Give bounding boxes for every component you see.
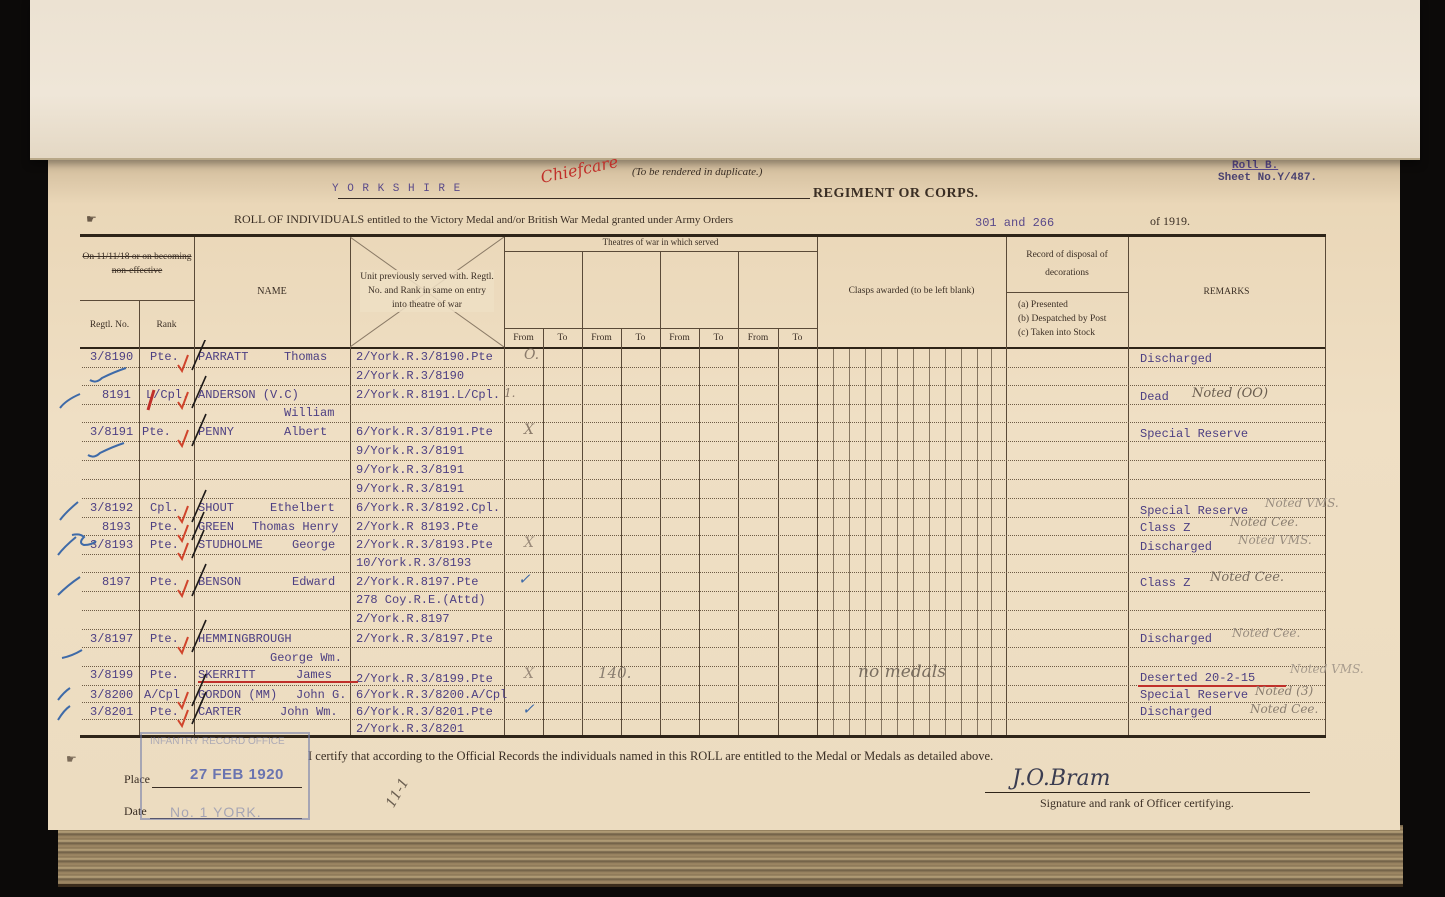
remarks-handwritten: Noted VMS.: [1265, 496, 1339, 510]
remarks: Discharged: [1140, 705, 1212, 719]
theatre-note: 140.: [598, 664, 631, 682]
clasps-note: no medals: [858, 662, 946, 682]
from-to-divider: [504, 328, 817, 329]
duplicate-note: (To be rendered in duplicate.): [632, 166, 762, 178]
unit-prev: 6/York.R.3/8191.Pte: [356, 425, 493, 439]
roll-title-text: entitled to the Victory Medal and/or Bri…: [367, 214, 733, 226]
theatre-mark: ✓: [522, 700, 535, 718]
col-divider-disposal: [1006, 237, 1007, 735]
status-header: On 11/11/18 or on becoming non-effective: [80, 250, 194, 278]
unit-prev: 2/York.R.8197: [356, 612, 450, 626]
theatre-mark: ✓: [518, 570, 531, 588]
theatres-header: Theatres of war in which served: [504, 235, 817, 249]
disposal-header-divider: [1006, 292, 1128, 293]
row-line: [82, 385, 1325, 386]
remarks: Class Z: [1140, 521, 1190, 535]
from-header-3: From: [660, 331, 699, 345]
remarks-handwritten: Noted VMS.: [1290, 662, 1364, 676]
officer-signature: J.O.Bram: [1012, 766, 1111, 791]
col-divider-t4: [660, 252, 661, 735]
to-header-3: To: [699, 331, 738, 345]
row-line: [82, 702, 1325, 703]
forename: Ethelbert: [270, 501, 335, 515]
clasp-line: [991, 349, 992, 735]
remarks: Special Reserve: [1140, 688, 1248, 702]
remarks-handwritten: Noted Cee.: [1210, 570, 1284, 585]
row-line: [82, 629, 1325, 630]
hand-pointer-icon: ☛: [86, 212, 97, 227]
row-line: [82, 591, 1325, 592]
remarks-handwritten: Noted Cee.: [1250, 702, 1318, 716]
row-line: [82, 422, 1325, 423]
rank-header: Rank: [139, 318, 194, 332]
unit-prev: 2/York.R.3/8190.Pte: [356, 350, 493, 364]
unit-prev: 9/York.R.3/8191: [356, 444, 464, 458]
unit-prev: 2/York.R.3/8201: [356, 722, 464, 736]
unit-prev: 10/York.R.3/8193: [356, 556, 471, 570]
red-tick-icon: [178, 355, 188, 726]
unit-prev: 2/York.R 8193.Pte: [356, 520, 478, 534]
clasp-line: [849, 349, 850, 735]
signature-line: [985, 792, 1310, 793]
book-page-edges: [58, 825, 1403, 887]
col-divider-t5: [699, 329, 700, 735]
row-line: [82, 498, 1325, 499]
unit-prev: 6/York.R.3/8200.A/Cpl: [356, 688, 507, 702]
remarks-handwritten: Noted (OO): [1192, 386, 1268, 401]
roll-title: ROLL OF INDIVIDUALS entitled to the Vict…: [234, 212, 733, 227]
row-line: [82, 441, 1325, 442]
forename: James: [296, 668, 332, 682]
col-divider-t2: [582, 252, 583, 735]
forename: Thomas: [284, 350, 327, 364]
unit-prev: 9/York.R.3/8191: [356, 463, 464, 477]
medal-roll-page: [48, 150, 1400, 830]
name-header: NAME: [194, 285, 350, 299]
col-divider-t7: [778, 329, 779, 735]
unit-prev: 2/York.R.3/8199.Pte: [356, 672, 493, 686]
forename: John Wm.: [280, 705, 338, 719]
clasp-line: [977, 349, 978, 735]
row-line: [82, 367, 1325, 368]
facing-page-blank: [30, 0, 1420, 160]
black-tick-icon: [192, 340, 206, 724]
col-divider-t6: [738, 252, 739, 735]
unit-prev: 6/York.R.3/8201.Pte: [356, 705, 493, 719]
unit-prev: 2/York.R.3/8190: [356, 369, 464, 383]
remarks: Discharged: [1140, 632, 1212, 646]
forename: Albert: [284, 425, 327, 439]
unit-prev: 2/York.R.3/8193.Pte: [356, 538, 493, 552]
to-header-4: To: [778, 331, 817, 345]
clasp-line: [833, 349, 834, 735]
disposal-option-a: (a) Presented: [1018, 298, 1128, 312]
row-line: [82, 666, 1325, 667]
clasp-line: [961, 349, 962, 735]
unit-prev-header: Unit previously served with. Regtl. No. …: [360, 270, 494, 312]
col-divider-clasps: [817, 237, 818, 735]
forename: Edward: [292, 575, 335, 589]
theatres-header-divider: [504, 251, 817, 252]
certify-text: I certify that according to the Official…: [308, 749, 993, 764]
army-orders: 301 and 266: [975, 216, 1054, 230]
from-header-4: From: [738, 331, 778, 345]
unit-prev: 278 Coy.R.E.(Attd): [356, 593, 486, 607]
row-line: [82, 404, 1325, 405]
col-divider-remarks: [1128, 237, 1129, 735]
remarks-handwritten: Noted (3): [1255, 684, 1313, 698]
regiment-name: Y O R K S H I R E: [332, 183, 461, 195]
theatre-mark: X: [524, 666, 534, 682]
unit-prev: 2/York.R.8191.L/Cpl.: [356, 388, 500, 402]
year-suffix: of 1919.: [1150, 214, 1190, 229]
remarks-header: REMARKS: [1128, 285, 1325, 299]
tick-marks-overlay: [50, 340, 230, 740]
theatre-mark: X: [524, 422, 534, 438]
unit-prev: 2/York.R.8197.Pte: [356, 575, 478, 589]
roll-title-prefix: ROLL OF INDIVIDUALS: [234, 212, 364, 226]
disposal-option-c: (c) Taken into Stock: [1018, 326, 1128, 340]
from-header-2: From: [582, 331, 621, 345]
remarks: Special Reserve: [1140, 427, 1248, 441]
unit-prev: 2/York.R.3/8197.Pte: [356, 632, 493, 646]
forename: William: [284, 406, 334, 420]
disposal-header: Record of disposal of decorations: [1010, 246, 1124, 282]
forename: Thomas Henry: [252, 520, 338, 534]
forename: George: [292, 538, 335, 552]
row-line: [82, 517, 1325, 518]
signature-caption: Signature and rank of Officer certifying…: [1040, 796, 1234, 811]
row-line: [82, 554, 1325, 555]
row-line: [82, 479, 1325, 480]
record-office-stamp: [140, 732, 310, 820]
unit-prev: 6/York.R.3/8192.Cpl.: [356, 501, 500, 515]
remarks-handwritten: Noted VMS.: [1238, 533, 1312, 547]
status-header-divider: [80, 300, 194, 301]
row-line: [82, 460, 1325, 461]
row-line: [82, 647, 1325, 648]
row-line: [82, 719, 1325, 720]
col-divider-right: [1325, 237, 1326, 735]
to-header-1: To: [543, 331, 582, 345]
row-line: [82, 535, 1325, 536]
unit-prev: 9/York.R.3/8191: [356, 482, 464, 496]
theatre-mark: 1.: [504, 386, 515, 400]
theatre-mark: X: [524, 535, 534, 551]
clasps-header: Clasps awarded (to be left blank): [817, 284, 1006, 298]
col-divider-t1: [543, 329, 544, 735]
remarks: Dead: [1140, 390, 1169, 404]
header-bottom-rule: [80, 347, 1326, 349]
remarks: Discharged: [1140, 352, 1212, 366]
regiment-underline: [338, 198, 810, 199]
row-line: [82, 572, 1325, 573]
regtl-no-header: Regtl. No.: [80, 318, 139, 332]
remarks: Deserted 20-2-15: [1140, 671, 1255, 685]
col-divider-unit: [504, 237, 505, 735]
to-header-2: To: [621, 331, 660, 345]
forename: John G.: [296, 688, 346, 702]
remarks: Discharged: [1140, 540, 1212, 554]
remarks: Class Z: [1140, 576, 1190, 590]
remarks-handwritten: Noted Cee.: [1232, 626, 1300, 640]
row-line: [82, 610, 1325, 611]
regiment-label: REGIMENT OR CORPS.: [813, 186, 978, 202]
blue-tick-icon: [58, 368, 126, 720]
roll-label: Roll B.: [1232, 160, 1278, 172]
remarks-handwritten: Noted Cee.: [1230, 515, 1298, 529]
hand-pointer-icon: ☛: [66, 752, 77, 767]
forename: George Wm.: [270, 651, 342, 665]
sheet-number: Sheet No.Y/487.: [1218, 172, 1317, 184]
from-header-1: From: [504, 331, 543, 345]
disposal-option-b: (b) Despatched by Post: [1018, 312, 1128, 326]
theatre-mark: O.: [524, 347, 539, 363]
red-strike-icon: [148, 390, 154, 410]
